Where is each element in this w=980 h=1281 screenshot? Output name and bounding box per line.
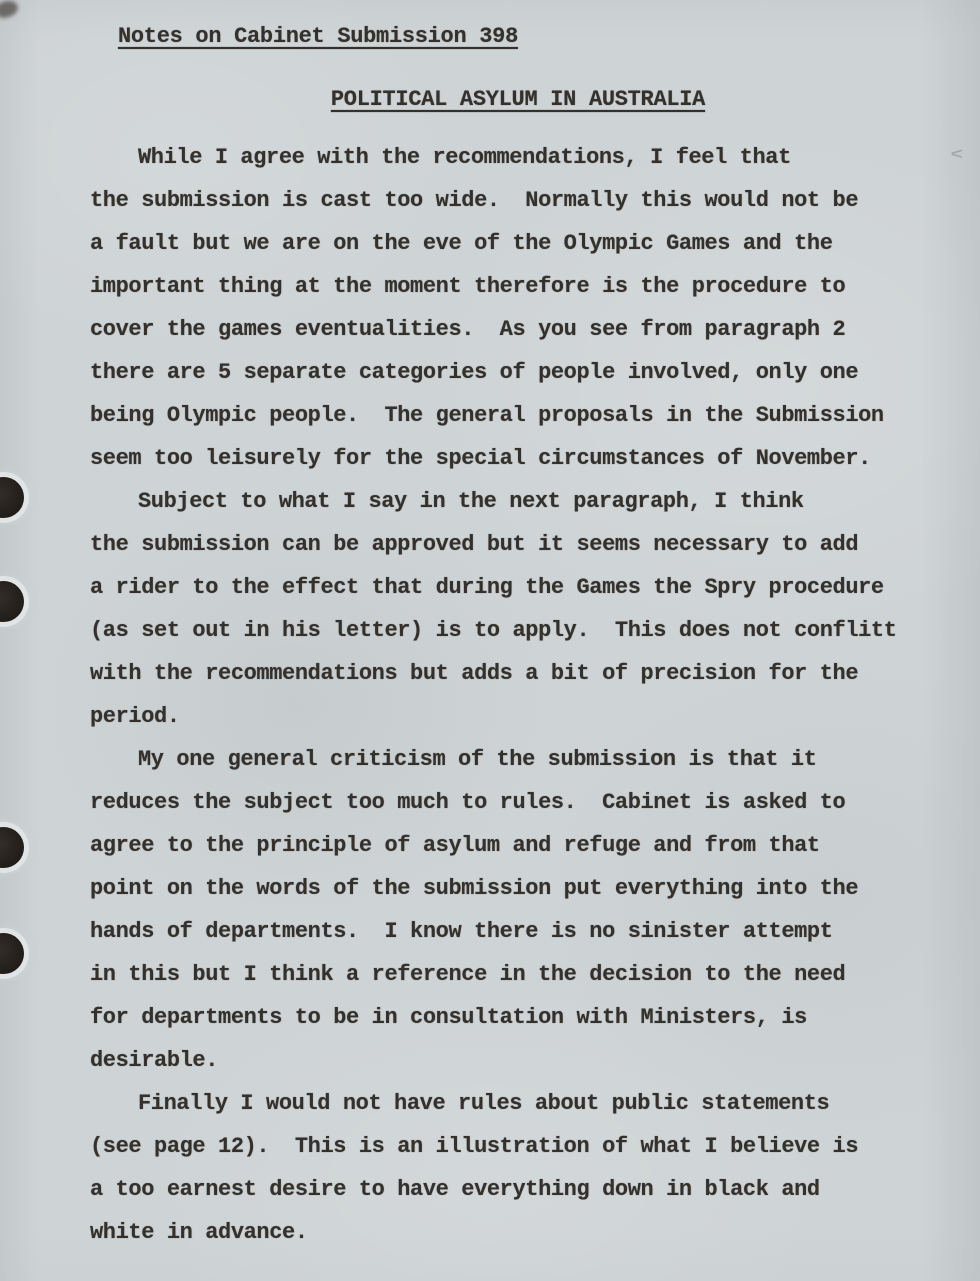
text-line: agree to the principle of asylum and ref… (90, 824, 912, 867)
document-content: Notes on Cabinet Submission 398 POLITICA… (90, 0, 912, 1254)
text-line: the submission is cast too wide. Normall… (90, 179, 912, 222)
text-line: with the recommendations but adds a bit … (90, 652, 912, 695)
text-line: a rider to the effect that during the Ga… (90, 566, 912, 609)
text-line: reduces the subject too much to rules. C… (90, 781, 912, 824)
text-line: seem too leisurely for the special circu… (90, 437, 912, 480)
text-line: My one general criticism of the submissi… (90, 738, 912, 781)
text-line: desirable. (90, 1039, 912, 1082)
text-line: a fault but we are on the eve of the Oly… (90, 222, 912, 265)
text-line: being Olympic people. The general propos… (90, 394, 912, 437)
text-line: While I agree with the recommendations, … (90, 136, 912, 179)
text-line: a too earnest desire to have everything … (90, 1168, 912, 1211)
text-line: there are 5 separate categories of peopl… (90, 351, 912, 394)
document-heading: Notes on Cabinet Submission 398 (118, 24, 912, 49)
text-line: period. (90, 695, 912, 738)
page-title: POLITICAL ASYLUM IN AUSTRALIA (90, 87, 912, 112)
text-line: in this but I think a reference in the d… (90, 953, 912, 996)
text-line: point on the words of the submission put… (90, 867, 912, 910)
punch-hole (0, 477, 24, 518)
text-line: Subject to what I say in the next paragr… (90, 480, 912, 523)
punch-hole (0, 581, 24, 622)
text-line: (as set out in his letter) is to apply. … (90, 609, 912, 652)
punch-hole (0, 827, 24, 868)
text-line: Finally I would not have rules about pub… (90, 1082, 912, 1125)
text-line: cover the games eventualities. As you se… (90, 308, 912, 351)
text-line: (see page 12). This is an illustration o… (90, 1125, 912, 1168)
document-body: While I agree with the recommendations, … (90, 136, 912, 1254)
document-page: < Notes on Cabinet Submission 398 POLITI… (0, 0, 980, 1281)
scan-edge-mark: < (951, 146, 963, 164)
text-line: white in advance. (90, 1211, 912, 1254)
scan-smudge (0, 0, 20, 20)
text-line: the submission can be approved but it se… (90, 523, 912, 566)
text-line: hands of departments. I know there is no… (90, 910, 912, 953)
text-line: for departments to be in consultation wi… (90, 996, 912, 1039)
punch-hole (0, 933, 24, 974)
text-line: important thing at the moment therefore … (90, 265, 912, 308)
